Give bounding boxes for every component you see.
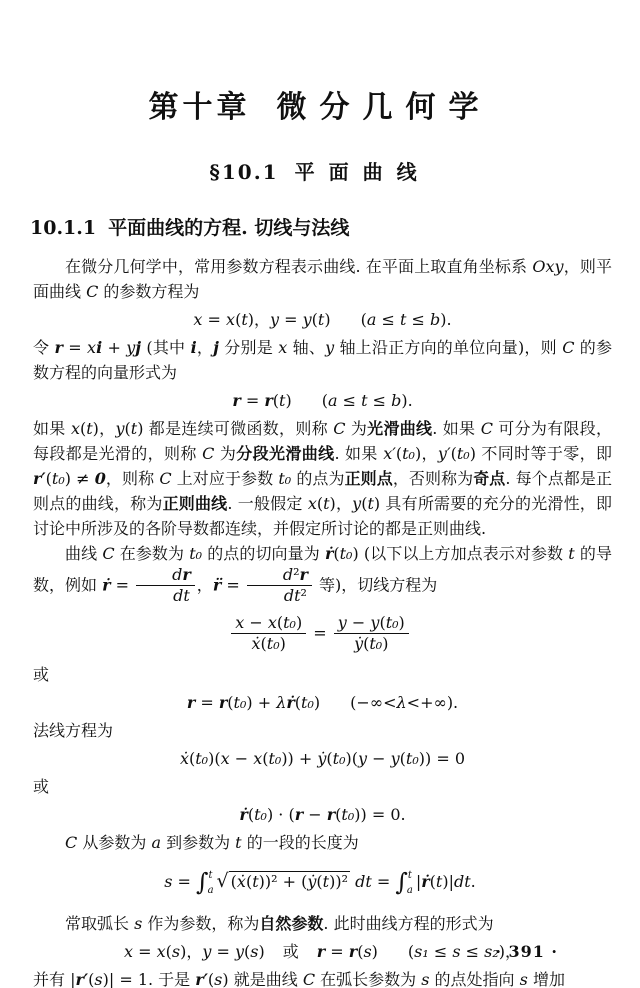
fraction: drdt xyxy=(134,566,197,606)
chapter-number: 第十章 xyxy=(149,90,251,125)
display-equation: r = r(t₀) + λṙ(t₀)(−∞<λ<+∞). xyxy=(33,690,612,715)
connector-label: 或 xyxy=(33,774,612,799)
section-name: 平面曲线 xyxy=(295,160,431,184)
display-equation: x = x(t)，y = y(t)(a ≤ t ≤ b). xyxy=(33,307,612,332)
connector-label: 或 xyxy=(33,662,612,687)
fraction: x − x(t₀)ẋ(t₀) xyxy=(229,614,308,654)
fraction: d²rdt² xyxy=(245,566,314,606)
display-equation: ẋ(t₀)(x − x(t₀)) + ẏ(t₀)(y − y(t₀)) = 0 xyxy=(33,746,612,771)
display-equation: s = ∫ta√(ẋ(t))² + (ẏ(t))² dt = ∫ta|ṙ(t)|… xyxy=(28,863,612,903)
page-content: 在微分几何学中，常用参数方程表示曲线. 在平面上取直角坐标系 Oxy，则平面曲线… xyxy=(0,254,640,988)
paragraph: 曲线 C 在参数为 t₀ 的点的切向量为 ṙ(t₀) (以下以上方加点表示对参数… xyxy=(33,541,612,606)
section-title: §10.1平面曲线 xyxy=(0,156,640,185)
display-equation: r = r(t)(a ≤ t ≤ b). xyxy=(33,388,612,413)
paragraph: 令 r = xi + yj (其中 i，j 分别是 x 轴、y 轴上沿正方向的单… xyxy=(33,335,612,385)
display-equation: x − x(t₀)ẋ(t₀) = y − y(t₀)ẏ(t₀) xyxy=(28,614,612,654)
subsection-number: 10.1.1 xyxy=(30,217,96,239)
paragraph: 并有 |r′(s)| = 1. 于是 r′(s) 就是曲线 C 在弧长参数为 s… xyxy=(33,967,612,988)
page-number: · 391 · xyxy=(495,942,558,961)
paragraph: 常取弧长 s 作为参数，称为自然参数. 此时曲线方程的形式为 xyxy=(33,911,612,936)
chapter-title: 第十章微分几何学 xyxy=(0,0,640,126)
paragraph: 在微分几何学中，常用参数方程表示曲线. 在平面上取直角坐标系 Oxy，则平面曲线… xyxy=(33,254,612,304)
fraction: y − y(t₀)ẏ(t₀) xyxy=(332,614,411,654)
book-page: 第十章微分几何学 §10.1平面曲线 10.1.1平面曲线的方程. 切线与法线 … xyxy=(0,0,640,988)
radical: √(ẋ(t))² + (ẏ(t))² xyxy=(217,872,350,891)
section-number: §10.1 xyxy=(209,160,278,184)
subsection-text: 平面曲线的方程. 切线与法线 xyxy=(108,217,349,239)
connector-label: 法线方程为 xyxy=(33,718,612,743)
chapter-name: 微分几何学 xyxy=(277,90,492,125)
paragraph: 如果 x(t)，y(t) 都是连续可微函数，则称 C 为光滑曲线. 如果 C 可… xyxy=(33,416,612,541)
paragraph: C 从参数为 a 到参数为 t 的一段的长度为 xyxy=(33,830,612,855)
subsection-title: 10.1.1平面曲线的方程. 切线与法线 xyxy=(30,213,640,240)
display-equation: ṙ(t₀) · (r − r(t₀)) = 0. xyxy=(33,802,612,827)
